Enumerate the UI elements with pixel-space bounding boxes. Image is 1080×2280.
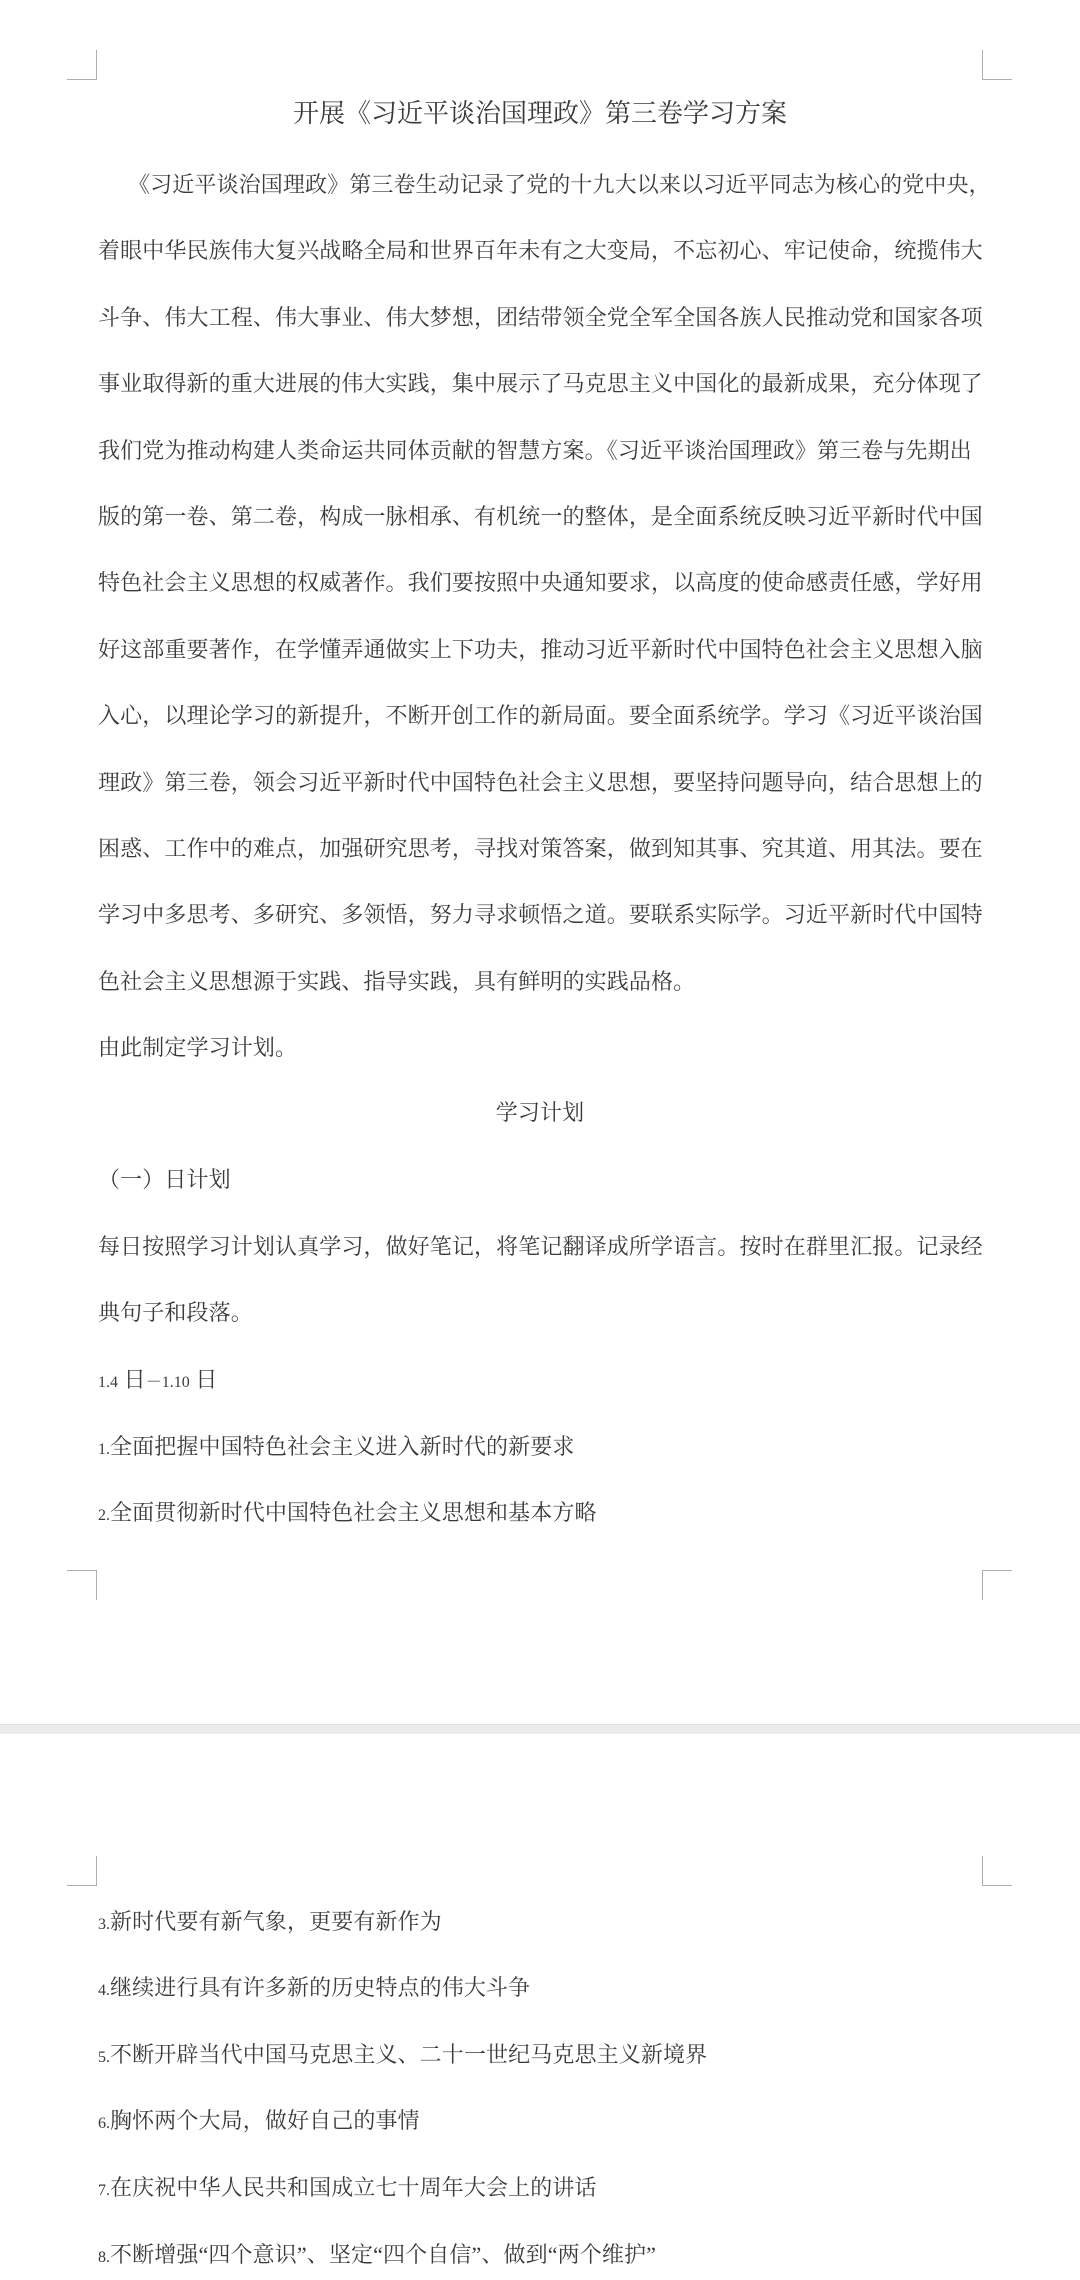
- list-item: 6.胸怀两个大局，做好自己的事情: [98, 2088, 982, 2154]
- paragraph-line: 入心，以理论学习的新提升，不断开创工作的新局面。要全面系统学。学习《习近平谈治国: [98, 683, 982, 749]
- crop-mark-bottom-right: [982, 1570, 1012, 1600]
- list-item: 5.不断开辟当代中国马克思主义、二十一世纪马克思主义新境界: [98, 2022, 982, 2088]
- page-1[interactable]: 开展《习近平谈治国理政》第三卷学习方案 《习近平谈治国理政》第三卷生动记录了党的…: [0, 0, 1080, 1724]
- paragraph-line: 特色社会主义思想的权威著作。我们要按照中央通知要求，以高度的使命感责任感，学好用: [98, 550, 982, 616]
- paragraph-line: 每日按照学习计划认真学习，做好笔记，将笔记翻译成所学语言。按时在群里汇报。记录经: [98, 1214, 982, 1280]
- paragraph-line: 我们党为推动构建人类命运共同体贡献的智慧方案。《习近平谈治国理政》第三卷与先期出: [98, 418, 982, 484]
- section-heading: 学习计划: [98, 1080, 982, 1146]
- crop-mark-top-right: [982, 1856, 1012, 1886]
- crop-mark-top-right: [982, 50, 1012, 80]
- paragraph-line: 版的第一卷、第二卷，构成一脉相承、有机统一的整体，是全面系统反映习近平新时代中国: [98, 484, 982, 550]
- date-range: 1.4 日－1.10 日: [98, 1347, 982, 1413]
- list-item: 7.在庆祝中华人民共和国成立七十周年大会上的讲话: [98, 2155, 982, 2221]
- paragraph-line: 《习近平谈治国理政》第三卷生动记录了党的十九大以来以习近平同志为核心的党中央，: [98, 152, 982, 218]
- paragraph-line: 斗争、伟大工程、伟大事业、伟大梦想，团结带领全党全军全国各族人民推动党和国家各项: [98, 285, 982, 351]
- closing-line: 由此制定学习计划。: [98, 1015, 982, 1081]
- crop-mark-top-left: [67, 1856, 97, 1886]
- paragraph-line: 好这部重要著作，在学懂弄通做实上下功夫，推动习近平新时代中国特色社会主义思想入脑: [98, 617, 982, 683]
- page-2[interactable]: 3.新时代要有新气象，更要有新作为 4.继续进行具有许多新的历史特点的伟大斗争 …: [0, 1734, 1080, 2280]
- sub-heading: （一）日计划: [98, 1147, 982, 1213]
- paragraph-line: 事业取得新的重大进展的伟大实践，集中展示了马克思主义中国化的最新成果，充分体现了: [98, 351, 982, 417]
- list-item: 4.继续进行具有许多新的历史特点的伟大斗争: [98, 1955, 982, 2021]
- list-item: 1.全面把握中国特色社会主义进入新时代的新要求: [98, 1414, 982, 1480]
- list-item: 2.全面贯彻新时代中国特色社会主义思想和基本方略: [98, 1480, 982, 1546]
- paragraph-line: 理政》第三卷，领会习近平新时代中国特色社会主义思想，要坚持问题导向，结合思想上的: [98, 750, 982, 816]
- paragraph-line: 着眼中华民族伟大复兴战略全局和世界百年未有之大变局，不忘初心、牢记使命，统揽伟大: [98, 218, 982, 284]
- paragraph-line: 色社会主义思想源于实践、指导实践，具有鲜明的实践品格。: [98, 949, 982, 1015]
- list-item: 3.新时代要有新气象，更要有新作为: [98, 1889, 982, 1955]
- crop-mark-bottom-left: [67, 1570, 97, 1600]
- page-gap: [0, 1724, 1080, 1734]
- paragraph-line: 困惑、工作中的难点，加强研究思考，寻找对策答案，做到知其事、究其道、用其法。要在: [98, 816, 982, 882]
- list-item: 8.不断增强“四个意识”、坚定“四个自信”、做到“两个维护”: [98, 2222, 982, 2280]
- document-title: 开展《习近平谈治国理政》第三卷学习方案: [98, 81, 982, 147]
- crop-mark-top-left: [67, 50, 97, 80]
- paragraph-line: 学习中多思考、多研究、多领悟，努力寻求顿悟之道。要联系实际学。习近平新时代中国特: [98, 882, 982, 948]
- paragraph-line: 典句子和段落。: [98, 1280, 982, 1346]
- document-viewer: 开展《习近平谈治国理政》第三卷学习方案 《习近平谈治国理政》第三卷生动记录了党的…: [0, 0, 1080, 2280]
